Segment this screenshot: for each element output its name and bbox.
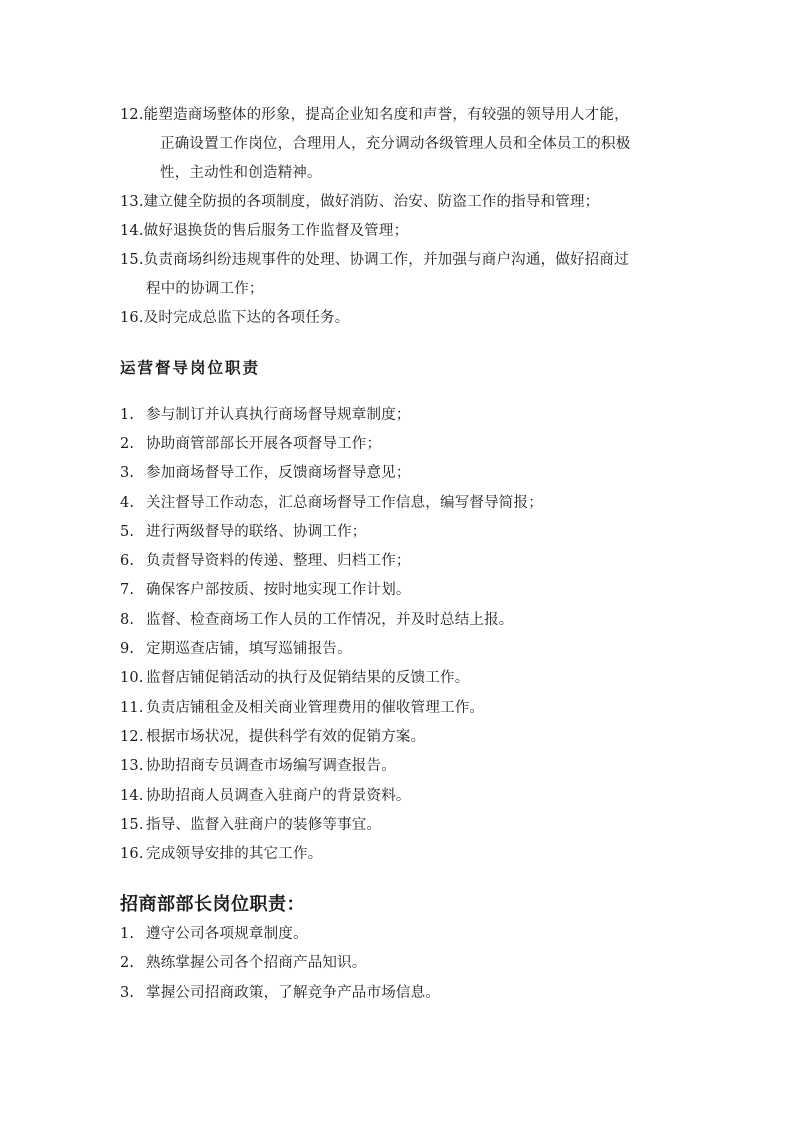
item-text: 熟练掌握公司各个招商产品知识。: [146, 955, 367, 971]
list-item: 16.完成领导安排的其它工作。: [120, 844, 322, 864]
item-number: 16.: [120, 308, 144, 328]
item-text: 根据市场状况，提供科学有效的促销方案。: [146, 729, 425, 745]
list-item: 12.能塑造商场整体的形象，提高企业知名度和声誉，有较强的领导用人才能，: [120, 105, 629, 125]
list-item: 4.关注督导工作动态，汇总商场督导工作信息，编写督导简报；: [120, 493, 543, 513]
item-number: 3.: [120, 463, 146, 483]
item-text: 定期巡查店铺，填写巡铺报告。: [146, 641, 352, 657]
list-item-continuation: 正确设置工作岗位，合理用人，充分调动各级管理人员和全体员工的积极: [160, 134, 630, 154]
list-item: 2.熟练掌握公司各个招商产品知识。: [120, 953, 367, 973]
item-number: 14.: [120, 221, 144, 241]
list-item: 14.做好退换货的售后服务工作监督及管理；: [120, 221, 408, 241]
item-text: 监督、检查商场工作人员的工作情况，并及时总结上报。: [146, 612, 514, 628]
item-number: 13.: [120, 192, 144, 212]
item-text: 及时完成总监下达的各项任务。: [144, 310, 350, 326]
item-text: 正确设置工作岗位，合理用人，充分调动各级管理人员和全体员工的积极: [160, 136, 630, 152]
list-item: 15.负责商场纠纷违规事件的处理、协调工作，并加强与商户沟通，做好招商过: [120, 250, 629, 270]
item-text: 指导、监督入驻商户的装修等事宜。: [146, 817, 381, 833]
document-page: 12.能塑造商场整体的形象，提高企业知名度和声誉，有较强的领导用人才能， 正确设…: [0, 0, 793, 1122]
item-text: 协助招商专员调查市场编写调查报告。: [146, 758, 396, 774]
item-number: 4.: [120, 493, 146, 513]
item-number: 2.: [120, 434, 146, 454]
item-text: 遵守公司各项规章制度。: [146, 926, 308, 942]
item-text: 负责督导资料的传递、整理、归档工作；: [146, 553, 411, 569]
list-item: 6.负责督导资料的传递、整理、归档工作；: [120, 551, 411, 571]
item-text: 程中的协调工作；: [146, 281, 264, 297]
item-text: 协助商管部部长开展各项督导工作；: [146, 436, 381, 452]
item-number: 15.: [120, 250, 144, 270]
list-item: 14.协助招商人员调查入驻商户的背景资料。: [120, 786, 411, 806]
item-number: 10.: [120, 668, 146, 688]
item-number: 9.: [120, 639, 146, 659]
section-heading-supervisor: 运营督导岗位职责: [120, 356, 260, 378]
item-text: 完成领导安排的其它工作。: [146, 846, 322, 862]
item-number: 13.: [120, 756, 146, 776]
list-item: 8.监督、检查商场工作人员的工作情况，并及时总结上报。: [120, 610, 514, 630]
item-number: 3.: [120, 983, 146, 1003]
item-number: 8.: [120, 610, 146, 630]
list-item: 2.协助商管部部长开展各项督导工作；: [120, 434, 381, 454]
item-text: 进行两级督导的联络、协调工作；: [146, 524, 367, 540]
item-text: 参与制订并认真执行商场督导规章制度；: [146, 407, 411, 423]
item-number: 5.: [120, 522, 146, 542]
item-text: 掌握公司招商政策，了解竞争产品市场信息。: [146, 985, 440, 1001]
list-item: 10.监督店铺促销活动的执行及促销结果的反馈工作。: [120, 668, 469, 688]
list-item: 7.确保客户部按质、按时地实现工作计划。: [120, 580, 411, 600]
list-item: 11.负责店铺租金及相关商业管理费用的催收管理工作。: [120, 698, 484, 718]
item-text: 关注督导工作动态，汇总商场督导工作信息，编写督导简报；: [146, 495, 543, 511]
item-number: 16.: [120, 844, 146, 864]
list-item: 15.指导、监督入驻商户的装修等事宜。: [120, 815, 381, 835]
item-number: 2.: [120, 953, 146, 973]
item-text: 做好退换货的售后服务工作监督及管理；: [144, 223, 409, 239]
section-heading-investment: 招商部部长岗位职责：: [120, 890, 305, 916]
item-number: 12.: [120, 105, 144, 125]
item-number: 1.: [120, 924, 146, 944]
item-number: 11.: [120, 698, 146, 718]
item-text: 监督店铺促销活动的执行及促销结果的反馈工作。: [146, 670, 469, 686]
list-item: 3.掌握公司招商政策，了解竞争产品市场信息。: [120, 983, 440, 1003]
item-number: 15.: [120, 815, 146, 835]
item-text: 建立健全防损的各项制度，做好消防、治安、防盗工作的指导和管理；: [144, 194, 600, 210]
list-item: 9.定期巡查店铺，填写巡铺报告。: [120, 639, 352, 659]
item-number: 6.: [120, 551, 146, 571]
item-text: 负责商场纠纷违规事件的处理、协调工作，并加强与商户沟通，做好招商过: [144, 252, 629, 268]
list-item-continuation: 程中的协调工作；: [146, 279, 264, 299]
list-item-continuation: 性，主动性和创造精神。: [160, 163, 322, 183]
item-number: 12.: [120, 727, 146, 747]
item-text: 能塑造商场整体的形象，提高企业知名度和声誉，有较强的领导用人才能，: [144, 107, 629, 123]
list-item: 5.进行两级督导的联络、协调工作；: [120, 522, 367, 542]
item-text: 参加商场督导工作，反馈商场督导意见；: [146, 465, 411, 481]
item-number: 1.: [120, 405, 146, 425]
item-text: 确保客户部按质、按时地实现工作计划。: [146, 582, 411, 598]
list-item: 13.建立健全防损的各项制度，做好消防、治安、防盗工作的指导和管理；: [120, 192, 599, 212]
item-text: 负责店铺租金及相关商业管理费用的催收管理工作。: [146, 700, 484, 716]
list-item: 1.参与制订并认真执行商场督导规章制度；: [120, 405, 411, 425]
item-text: 性，主动性和创造精神。: [160, 165, 322, 181]
list-item: 13.协助招商专员调查市场编写调查报告。: [120, 756, 396, 776]
item-number: 14.: [120, 786, 146, 806]
list-item: 1.遵守公司各项规章制度。: [120, 924, 308, 944]
list-item: 16.及时完成总监下达的各项任务。: [120, 308, 349, 328]
item-text: 协助招商人员调查入驻商户的背景资料。: [146, 788, 411, 804]
item-number: 7.: [120, 580, 146, 600]
list-item: 3.参加商场督导工作，反馈商场督导意见；: [120, 463, 411, 483]
list-item: 12.根据市场状况，提供科学有效的促销方案。: [120, 727, 425, 747]
